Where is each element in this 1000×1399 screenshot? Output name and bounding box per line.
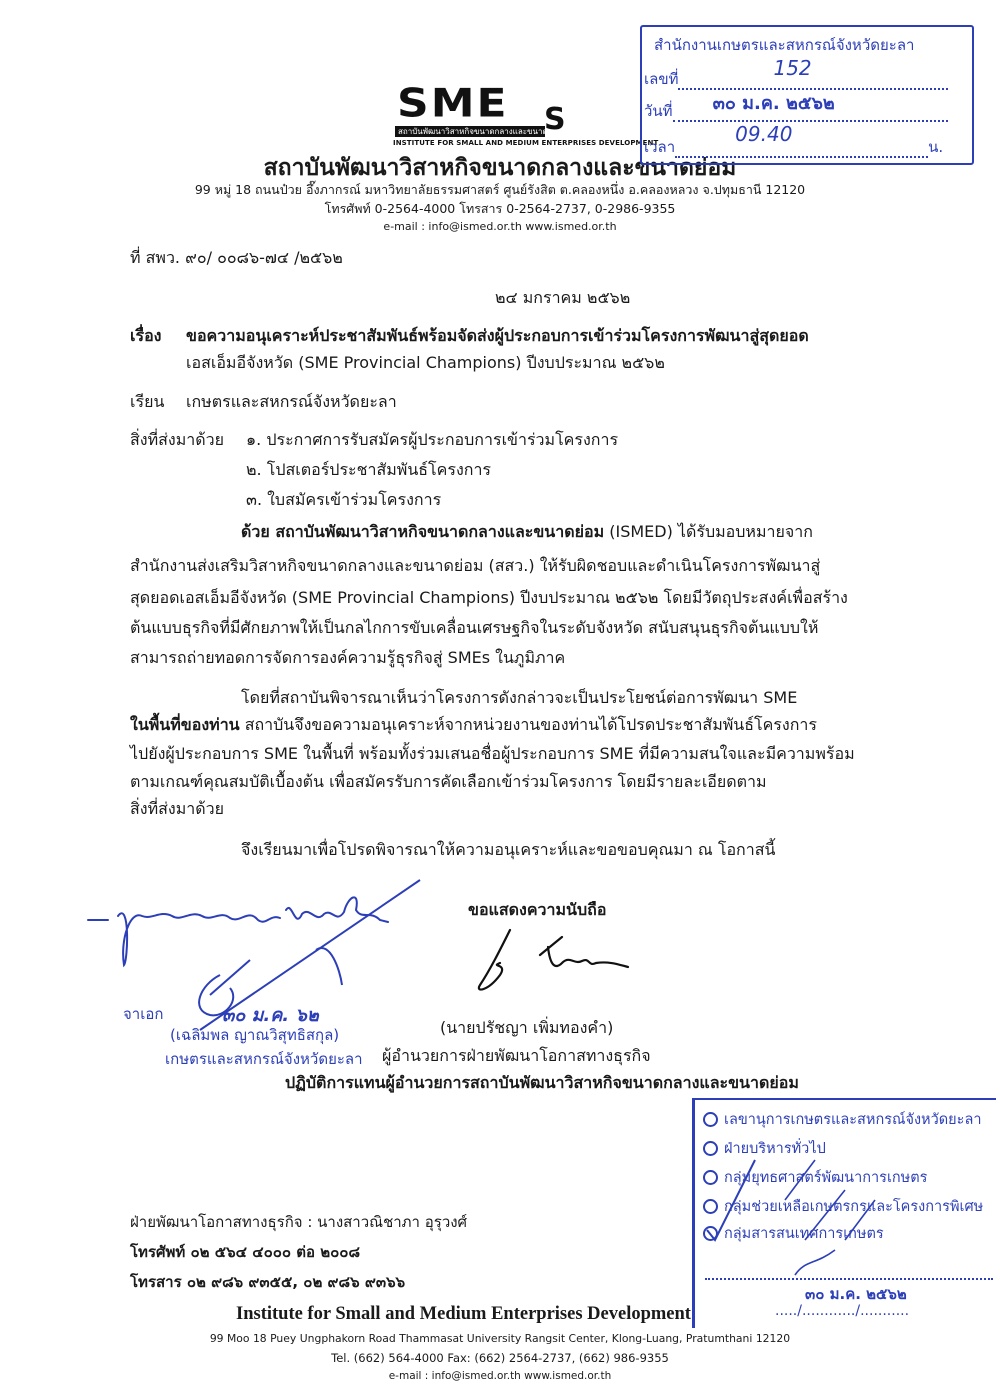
- closing-text: จึงเรียนมาเพื่อโปรดพิจารณาให้ความอนุเครา…: [241, 838, 775, 863]
- para2-line: สิ่งที่ส่งมาด้วย: [130, 797, 224, 822]
- stamp-time-value: 09.40: [735, 122, 792, 146]
- stamp-number-label: เลขที่: [644, 70, 678, 88]
- para1-line1-rest: (ISMED) ได้รับมอบหมายจาก: [604, 522, 813, 541]
- contact-fax: โทรสาร ๐๒ ๙๘๖ ๙๓๕๕, ๐๒ ๙๘๖ ๙๓๖๖: [130, 1270, 405, 1294]
- stamp-date-row: วันที่๓๐ ม.ค. ๒๕๖๒: [644, 99, 948, 123]
- stamp-time-label: เวลา: [644, 138, 675, 156]
- routing-date-blank: ...../............/...........: [775, 1303, 909, 1319]
- subject-line-2: เอสเอ็มอีจังหวัด (SME Provincial Champio…: [186, 351, 665, 376]
- annotation-to-label: จาเอก: [123, 1002, 163, 1026]
- enclosure-item: ๓. ใบสมัครเข้าร่วมโครงการ: [246, 488, 441, 513]
- footer-phone: Tel. (662) 564-4000 Fax: (662) 2564-2737…: [0, 1351, 1000, 1365]
- para1-line: สุดยอดเอสเอ็มอีจังหวัด (SME Provincial C…: [130, 586, 848, 611]
- logo-mark: SME: [397, 84, 509, 124]
- para2-bold-phrase: ในพื้นที่ของท่าน: [130, 715, 240, 734]
- receipt-stamp: สำนักงานเกษตรและสหกรณ์จังหวัดยะลา เลขที่…: [640, 25, 974, 165]
- to-value: เกษตรและสหกรณ์จังหวัดยะลา: [186, 390, 397, 415]
- para1-line: ต้นแบบธุรกิจที่มีศักยภาพให้เป็นกลไกการขั…: [130, 616, 818, 641]
- header-phone: โทรศัพท์ 0-2564-4000 โทรสาร 0-2564-2737,…: [0, 199, 1000, 219]
- para1-line: สำนักงานส่งเสริมวิสาหกิจขนาดกลางและขนาดย…: [130, 554, 820, 579]
- enclosure-item: ๑. ประกาศการรับสมัครผู้ประกอบการเข้าร่วม…: [246, 428, 618, 453]
- contact-phone: โทรศัพท์ ๐๒ ๕๖๔ ๔๐๐๐ ต่อ ๒๐๐๘: [130, 1240, 360, 1264]
- footer-org-name: Institute for Small and Medium Enterpris…: [236, 1304, 691, 1325]
- smes-logo: SME S สถาบันพัฒนาวิสาหกิจขนาดกลางและขนาด…: [392, 84, 588, 154]
- stamp-time-row: เวลา09.40 น.: [644, 135, 943, 159]
- letter-date: ๒๔ มกราคม ๒๕๖๒: [495, 286, 630, 311]
- to-label: เรียน: [130, 390, 164, 415]
- ref-number: ที่ สพว. ๙๐/ ๐๐๘๖-๗๔ /๒๕๖๒: [130, 246, 343, 271]
- approver-name: (เฉลิมพล ญาณวิสุทธิสกุล): [170, 1023, 339, 1047]
- enclosure-item: ๒. โปสเตอร์ประชาสัมพันธ์โครงการ: [246, 458, 491, 483]
- para1-line-1: ด้วย สถาบันพัฒนาวิสาหกิจขนาดกลางและขนาดย…: [241, 520, 813, 545]
- header-email: e-mail : info@ismed.or.th www.ismed.or.t…: [0, 220, 1000, 233]
- para2-line: ตามเกณฑ์คุณสมบัติเบื้องต้น เพื่อสมัครรับ…: [130, 770, 767, 795]
- signer-acting: ปฏิบัติการแทนผู้อำนวยการสถาบันพัฒนาวิสาห…: [285, 1071, 799, 1096]
- footer-email: e-mail : info@ismed.or.th www.ismed.or.t…: [0, 1370, 1000, 1382]
- header-address: 99 หมู่ 18 ถนนป๋วย อึ๊งภากรณ์ มหาวิทยาลั…: [0, 180, 1000, 200]
- stamp-date-label: วันที่: [644, 102, 673, 120]
- logo-english-text: INSTITUTE FOR SMALL AND MEDIUM ENTERPRIS…: [393, 139, 658, 147]
- stamp-office: สำนักงานเกษตรและสหกรณ์จังหวัดยะลา: [654, 33, 914, 57]
- para2-line: ไปยังผู้ประกอบการ SME ในพื้นที่ พร้อมทั้…: [130, 742, 855, 767]
- stamp-date-value: ๓๐ ม.ค. ๒๕๖๒: [713, 88, 835, 117]
- approver-title: เกษตรและสหกรณ์จังหวัดยะลา: [165, 1047, 363, 1071]
- logo-band-text: สถาบันพัฒนาวิสาหกิจขนาดกลางและขนาดย่อม: [395, 126, 545, 137]
- para2-line-2: ในพื้นที่ของท่าน สถาบันจึงขอความอนุเคราะ…: [130, 713, 817, 738]
- footer-address: 99 Moo 18 Puey Ungphakorn Road Thammasat…: [0, 1332, 1000, 1345]
- contact-department: ฝ่ายพัฒนาโอกาสทางธุรกิจ : นางสาวณิชาภา อ…: [130, 1210, 467, 1234]
- para2-line2-rest: สถาบันจึงขอความอนุเคราะห์จากหน่วยงานของท…: [240, 715, 817, 734]
- para2-line-1: โดยที่สถาบันพิจารณาเห็นว่าโครงการดังกล่า…: [241, 686, 797, 711]
- stamp-time-suffix: น.: [928, 138, 943, 156]
- logo-mark-suffix: S: [544, 102, 566, 137]
- subject-line-1: ขอความอนุเคราะห์ประชาสัมพันธ์พร้อมจัดส่ง…: [186, 324, 809, 349]
- para1-lead: ด้วย สถาบันพัฒนาวิสาหกิจขนาดกลางและขนาดย…: [241, 522, 604, 541]
- enclosures-label: สิ่งที่ส่งมาด้วย: [130, 428, 224, 453]
- subject-label: เรื่อง: [130, 324, 161, 349]
- routing-stamp: เลขานุการเกษตรและสหกรณ์จังหวัดยะลา ฝ่ายบ…: [692, 1098, 996, 1328]
- signer-title: ผู้อำนวยการฝ่ายพัฒนาโอกาสทางธุรกิจ: [382, 1044, 651, 1069]
- stamp-number-value: 152: [773, 56, 811, 80]
- para1-line: สามารถถ่ายทอดการจัดการองค์ความรู้ธุรกิจส…: [130, 646, 565, 671]
